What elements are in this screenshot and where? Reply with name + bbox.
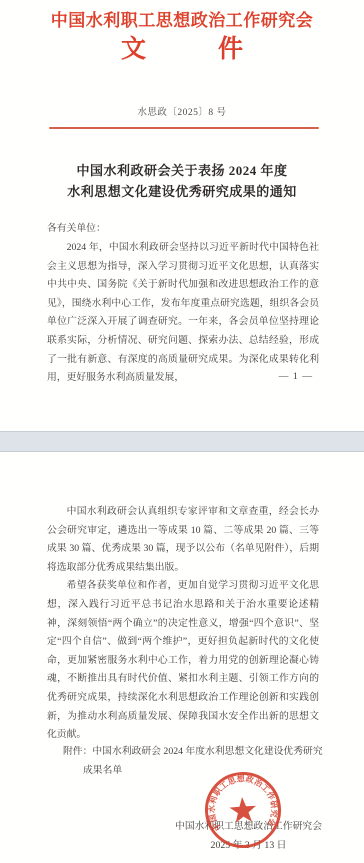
page-2-body: 中国水利政研会认真组织专家评审和文章查重，经会长办公会研究审定，遴选出一等成果 … xyxy=(47,503,319,745)
page-2: 中国水利政研会认真组织专家评审和文章查重，经会长办公会研究审定，遴选出一等成果 … xyxy=(0,452,364,863)
signature-block: 中国水利职工思想政治工作研究会 2025 年 3 月 13 日 xyxy=(175,818,322,855)
page-separator xyxy=(0,431,364,452)
body-paragraph-1: 2024 年，中国水利政研会坚持以习近平新时代中国特色社会主义思想为指导，深入学… xyxy=(47,239,319,388)
document-type-heading: 文 件 xyxy=(0,29,364,65)
attachment-line-2: 成果名单 xyxy=(83,762,337,781)
document-title-line-1: 中国水利政研会关于表扬 2024 年度 xyxy=(0,160,364,181)
doc-type-char-wen: 文 xyxy=(121,29,146,65)
salutation: 各有关单位： xyxy=(47,220,106,234)
attachment-line-1: 附件：中国水利政研会 2024 年度水利思想文化建设优秀研究 xyxy=(63,743,337,762)
signature-org-name: 中国水利职工思想政治工作研究会 xyxy=(175,818,322,837)
document-title-line-2: 水利思想文化建设优秀研究成果的通知 xyxy=(0,181,364,202)
body-paragraph-3: 希望各获奖单位和作者，更加自觉学习贯彻习近平文化思想，深入践行习近平总书记治水思… xyxy=(47,577,319,744)
document-number: 水思政〔2025〕8 号 xyxy=(0,104,364,118)
document-viewer: 中国水利职工思想政治工作研究会 文 件 水思政〔2025〕8 号 中国水利政研会… xyxy=(0,0,364,863)
signature-date: 2025 年 3 月 13 日 xyxy=(175,837,322,856)
page-number: — 1 — xyxy=(279,371,313,382)
doc-type-char-jian: 件 xyxy=(218,29,243,65)
attachment-note: 附件：中国水利政研会 2024 年度水利思想文化建设优秀研究 成果名单 xyxy=(47,743,337,780)
red-separator-line xyxy=(49,127,319,129)
page-1: 中国水利职工思想政治工作研究会 文 件 水思政〔2025〕8 号 中国水利政研会… xyxy=(0,0,364,431)
org-header-title: 中国水利职工思想政治工作研究会 xyxy=(0,6,364,31)
document-title: 中国水利政研会关于表扬 2024 年度 水利思想文化建设优秀研究成果的通知 xyxy=(0,160,364,202)
body-paragraph-2: 中国水利政研会认真组织专家评审和文章查重，经会长办公会研究审定，遴选出一等成果 … xyxy=(47,503,319,577)
